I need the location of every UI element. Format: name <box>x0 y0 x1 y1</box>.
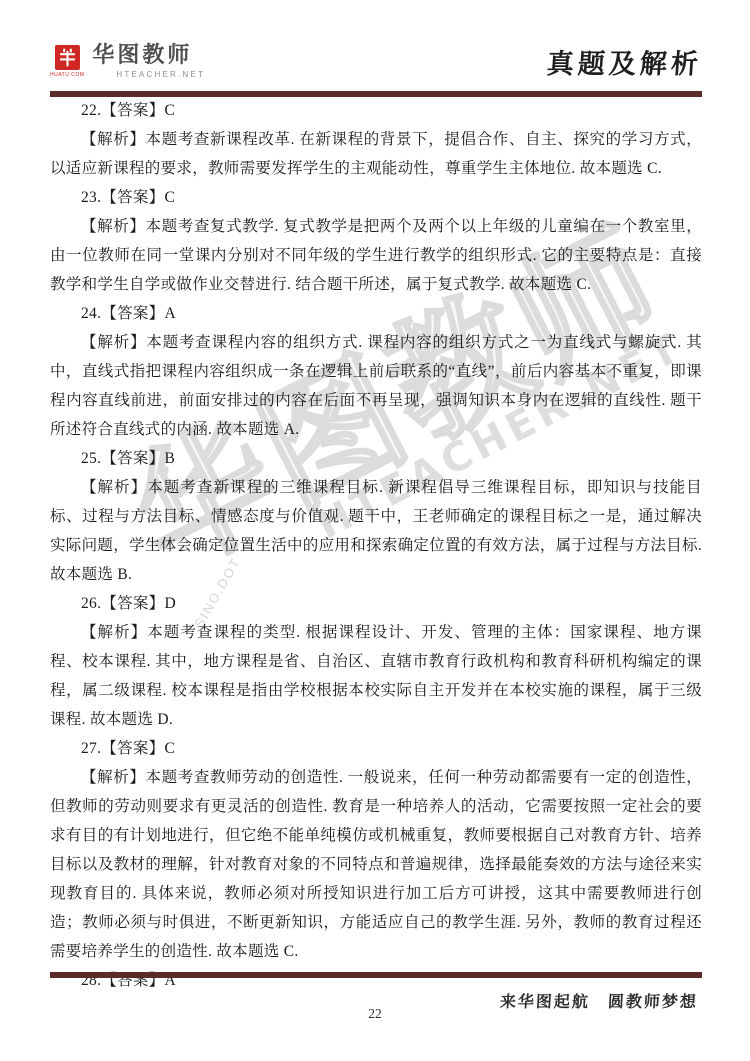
answer-value: C <box>164 189 175 206</box>
item-number: 27. <box>81 740 101 757</box>
analysis-text: 本题考查课程内容的组织方式. 课程内容的组织方式之一为直线式与螺旋式. 其中，直… <box>50 334 702 438</box>
answer-label: 【答案】 <box>101 305 164 322</box>
page-header: HUATU.COM 华图教师 HTEACHER.NET 真题及解析 <box>50 42 702 79</box>
logo-brand-text: 华图教师 <box>92 45 205 67</box>
analysis-text: 本题考查课程的类型. 根据课程设计、开发、管理的主体：国家课程、地方课程、校本课… <box>50 624 702 728</box>
analysis-24: 【解析】本题考查课程内容的组织方式. 课程内容的组织方式之一为直线式与螺旋式. … <box>50 328 702 444</box>
doc-title: 真题及解析 <box>546 42 704 81</box>
analysis-26: 【解析】本题考查课程的类型. 根据课程设计、开发、管理的主体：国家课程、地方课程… <box>50 618 702 734</box>
item-number: 23. <box>81 189 101 206</box>
answer-line-25: 25.【答案】B <box>50 444 702 473</box>
answer-line-22: 22.【答案】C <box>50 96 702 125</box>
analysis-label: 【解析】 <box>81 769 146 786</box>
logo-domain-text: HTEACHER.NET <box>92 71 205 79</box>
analysis-text: 本题考查新课程的三维课程目标. 新课程倡导三维课程目标，即知识与技能目标、过程与… <box>50 479 702 583</box>
answer-line-27: 27.【答案】C <box>50 734 702 763</box>
analysis-23: 【解析】本题考查复式教学. 复式教学是把两个及两个以上年级的儿童编在一个教室里，… <box>50 212 702 299</box>
answer-value: D <box>164 595 176 612</box>
answer-value: A <box>164 305 176 322</box>
analysis-label: 【解析】 <box>81 479 147 496</box>
analysis-27: 【解析】本题考查教师劳动的创造性. 一般说来，任何一种劳动都需要有一定的创造性，… <box>50 763 702 966</box>
huatu-logo: HUATU.COM 华图教师 HTEACHER.NET <box>50 45 205 79</box>
answer-value: C <box>164 102 175 119</box>
answers-and-analysis: 22.【答案】C 【解析】本题考查新课程改革. 在新课程的背景下，提倡合作、自主… <box>50 96 702 995</box>
item-number: 26. <box>81 595 101 612</box>
analysis-label: 【解析】 <box>81 334 146 351</box>
logo-caption: HUATU.COM <box>50 72 84 78</box>
answer-value: B <box>164 450 175 467</box>
answer-line-23: 23.【答案】C <box>50 183 702 212</box>
huatu-logo-icon <box>55 45 80 70</box>
footer-divider <box>50 972 702 978</box>
document-page: HUATU.COM 华图教师 HTEACHER.NET 真题及解析 华图教师 H… <box>0 0 750 1061</box>
page-number: 22 <box>0 1006 750 1022</box>
analysis-text: 本题考查教师劳动的创造性. 一般说来，任何一种劳动都需要有一定的创造性，但教师的… <box>50 769 702 960</box>
item-number: 24. <box>81 305 101 322</box>
item-number: 22. <box>81 102 101 119</box>
item-number: 25. <box>81 450 101 467</box>
analysis-label: 【解析】 <box>81 131 146 148</box>
analysis-text: 本题考查复式教学. 复式教学是把两个及两个以上年级的儿童编在一个教室里，由一位教… <box>50 218 702 293</box>
answer-label: 【答案】 <box>101 102 164 119</box>
analysis-label: 【解析】 <box>81 218 146 235</box>
answer-label: 【答案】 <box>101 450 164 467</box>
answer-line-24: 24.【答案】A <box>50 299 702 328</box>
analysis-22: 【解析】本题考查新课程改革. 在新课程的背景下，提倡合作、自主、探究的学习方式，… <box>50 125 702 183</box>
analysis-text: 本题考查新课程改革. 在新课程的背景下，提倡合作、自主、探究的学习方式，以适应新… <box>50 131 702 177</box>
answer-value: C <box>164 740 175 757</box>
answer-line-26: 26.【答案】D <box>50 589 702 618</box>
answer-label: 【答案】 <box>101 189 164 206</box>
analysis-25: 【解析】本题考查新课程的三维课程目标. 新课程倡导三维课程目标，即知识与技能目标… <box>50 473 702 589</box>
answer-label: 【答案】 <box>101 595 164 612</box>
answer-label: 【答案】 <box>101 740 164 757</box>
analysis-label: 【解析】 <box>81 624 147 641</box>
header-divider <box>50 91 702 97</box>
